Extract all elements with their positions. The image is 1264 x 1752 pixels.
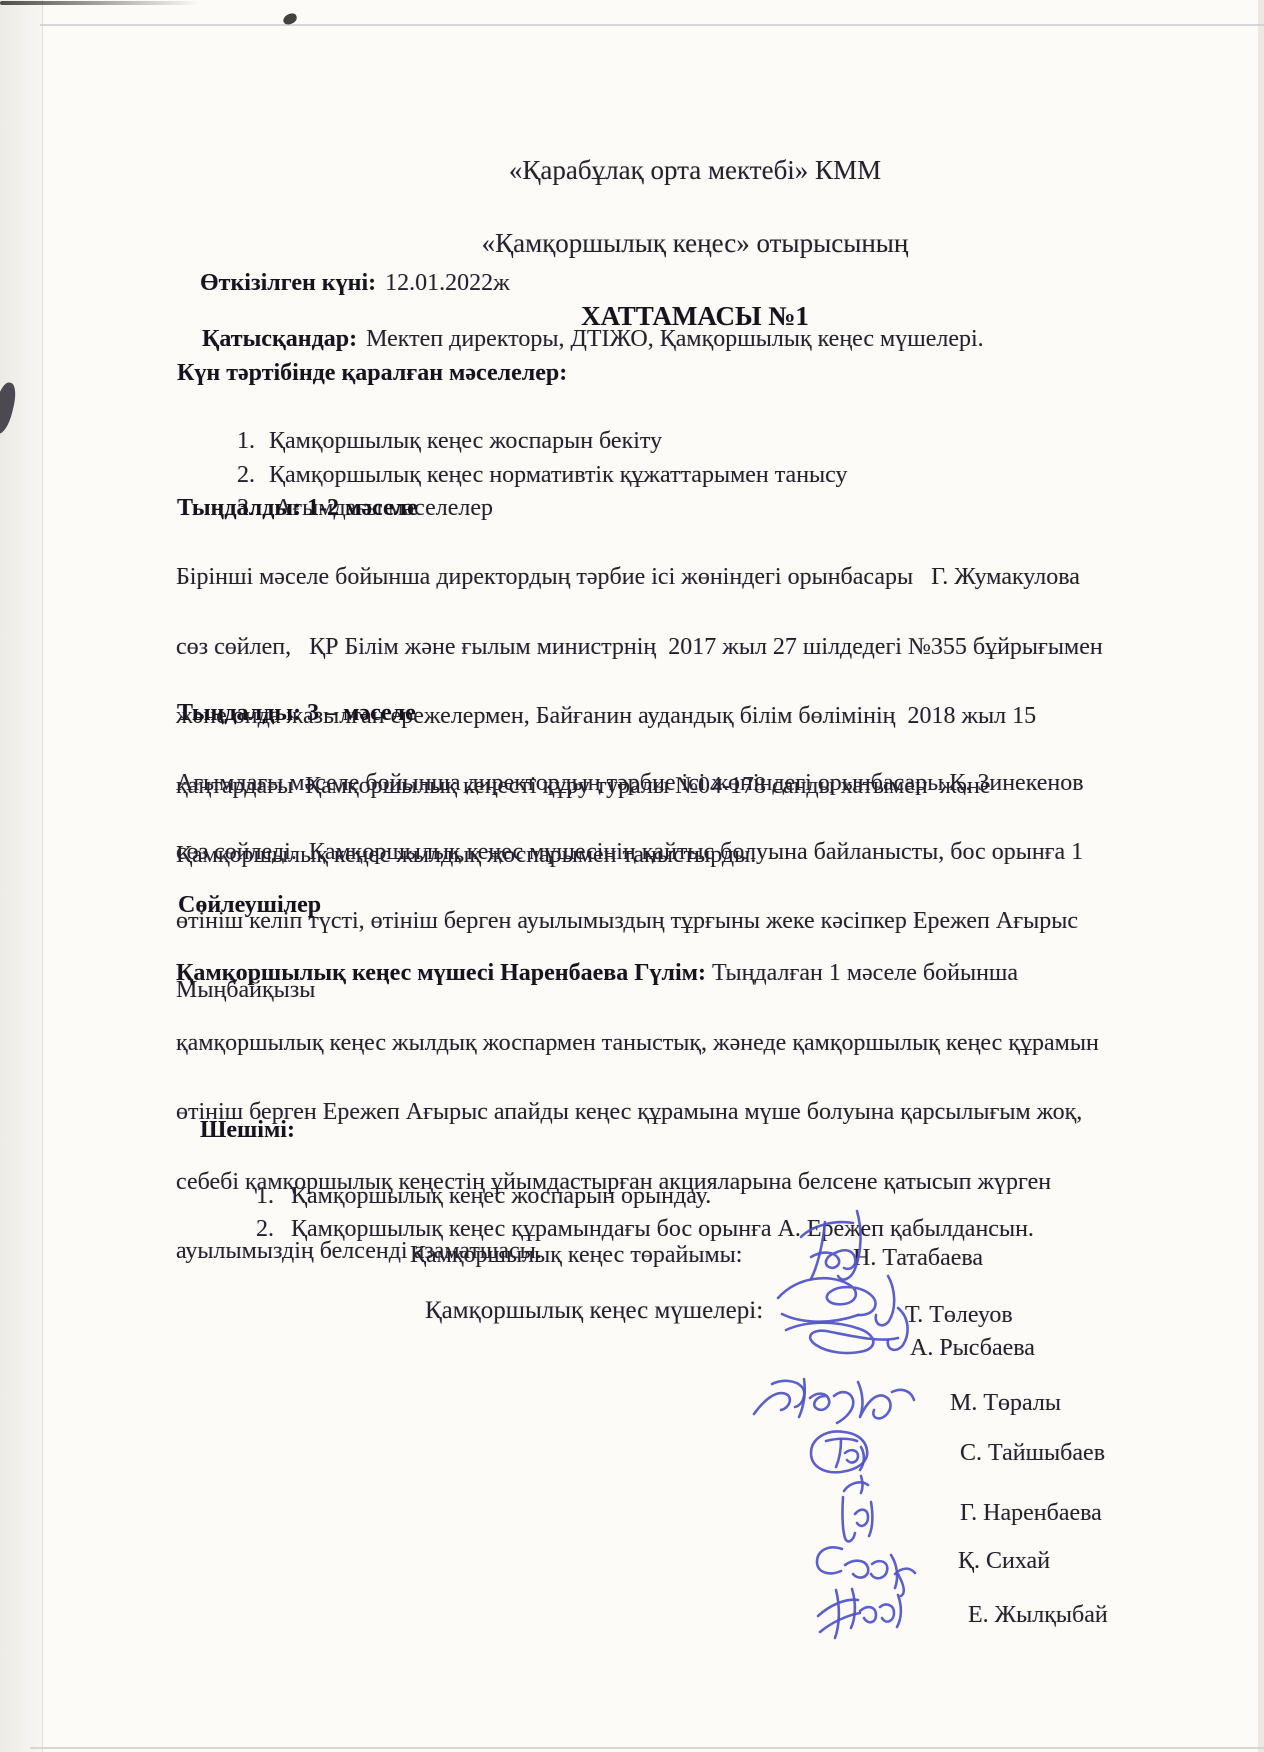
paragraph-line: Бірінші мәселе бойынша директордың тәрби…	[176, 561, 1103, 595]
speaker-name-bold: Қамқоршылық кеңес мүшесі Наренбаева Гүлі…	[176, 960, 706, 986]
member-name-7: Е. Жылқыбай	[968, 1599, 1108, 1632]
member-name-6: Қ. Сихай	[958, 1545, 1050, 1578]
member-name-5: Г. Наренбаева	[960, 1497, 1102, 1530]
paragraph-line: Ағымдағы мәселе бойынша директордың тәрб…	[176, 767, 1084, 800]
paragraph-line: сөз сөйлеп, ҚР Білім және ғылым министрн…	[176, 631, 1103, 665]
speakers-heading: Сөйлеушілер	[178, 889, 321, 922]
paragraph-line: сөз сөйледі. Қамқоршылық кеңес мүшесінің…	[176, 836, 1084, 869]
agenda-heading: Күн тәртібінде қаралған мәселелер:	[177, 357, 567, 390]
decision-heading: Шешімі:	[200, 1114, 295, 1147]
chair-signature-label: Қамқоршылық кеңес төрайымы:	[410, 1239, 742, 1272]
scan-left-edge-shadow	[0, 0, 43, 1752]
member-name-3: М. Төралы	[950, 1387, 1061, 1420]
heard-1-2-heading: Тыңдалды: 1-2 мәселе	[177, 492, 418, 525]
member-signature-ink-zhylkybai	[806, 1580, 911, 1645]
member-name-2: А. Рысбаева	[910, 1332, 1035, 1365]
member-signature-ink-toraly	[750, 1370, 920, 1428]
scan-top-line	[40, 24, 1264, 26]
scan-bottom-line	[30, 1747, 1264, 1749]
speaker-lead-rest: Тыңдалған 1 мәселе бойынша	[706, 960, 1018, 986]
scanned-protocol-page: «Қарабұлақ орта мектебі» КММ «Қамқоршылы…	[0, 0, 1264, 1752]
paragraph-lead-line: Қамқоршылық кеңес мүшесі Наренбаева Гүлі…	[176, 957, 1099, 991]
member-name-4: С. Тайшыбаев	[960, 1437, 1105, 1470]
member-signature-ink-taishybaev	[806, 1426, 886, 1478]
members-signature-label: Қамқоршылық кеңес мүшелері:	[425, 1294, 763, 1327]
attendees-label: Қатысқандар:	[202, 326, 357, 352]
members-signatures-ink	[768, 1268, 923, 1368]
scan-top-streak	[0, 1, 200, 5]
decision-item-2-number: 2.	[256, 1213, 291, 1246]
organization-name: «Қарабұлақ орта мектебі» КММ	[170, 152, 1220, 189]
scan-right-edge-shadow	[1258, 0, 1264, 1752]
heard-3-heading: Тыңдалды: 3 – мәселе	[177, 697, 416, 730]
attendees-value: Мектеп директоры, ДТІЖО, Қамқоршылық кең…	[366, 326, 984, 352]
paragraph-line: қамқоршылық кеңес жылдық жоспармен таныс…	[176, 1027, 1099, 1061]
paragraph-line: өтініш берген Ережеп Ағырыс апайды кеңес…	[176, 1096, 1099, 1130]
